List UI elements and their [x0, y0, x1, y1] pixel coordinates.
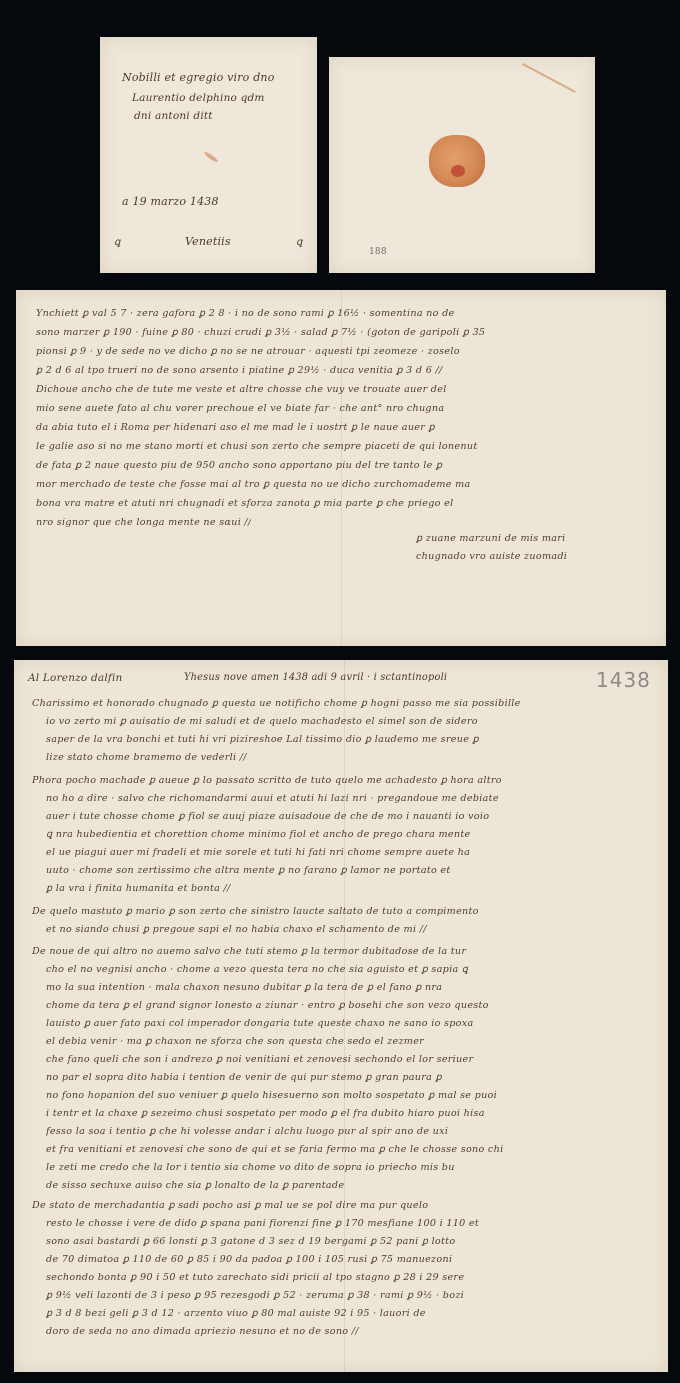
text-line: ꝑ 9½ veli lazonti de 3 i peso ꝑ 95 rezes…	[46, 1290, 656, 1301]
text-line: el ue piagui auer mi fradeli et mie sore…	[46, 847, 656, 858]
text-line: et fra venitiani et zenovesi che sono de…	[46, 1144, 656, 1155]
date-place-header: Yhesus nove amen 1438 adi 9 avril · i sc…	[184, 672, 447, 683]
text-line: De noue de qui altro no auemo salvo che …	[32, 946, 656, 957]
pencil-number: 188	[369, 247, 387, 257]
text-line: mor merchado de teste che fosse mai al t…	[36, 479, 648, 490]
pencil-year-annotation: 1438	[596, 668, 651, 692]
text-line: ꝑ 2 d 6 al tpo trueri no de sono arsento…	[36, 365, 648, 376]
text-line: de fata ꝑ 2 naue questo piu de 950 ancho…	[36, 460, 648, 471]
text-line: Charissimo et honorado chugnado ꝑ questa…	[32, 698, 656, 709]
wax-seal-icon	[429, 135, 485, 187]
corner-mark-right: ꝗ	[296, 237, 303, 248]
signature-line-1: ꝑ zuane marzuni de mis mari	[416, 533, 656, 544]
text-line: sono asai bastardi ꝑ 66 lonsti ꝑ 3 gaton…	[46, 1236, 656, 1247]
seal-center-mark	[451, 165, 465, 177]
text-line: ꝗ nra hubedientia et chorettion chome mi…	[46, 829, 656, 840]
text-line: el debia venir · ma ꝑ chaxon ne sforza c…	[46, 1036, 656, 1047]
text-line: De stato de merchadantia ꝑ sadi pocho as…	[32, 1200, 656, 1211]
text-line: chome da tera ꝑ el grand signor lonesto …	[46, 1000, 656, 1011]
seal-cover-page: 188	[329, 57, 595, 273]
ink-stain	[203, 151, 218, 163]
text-line: io vo zerto mi ꝑ auisatio de mi saludi e…	[46, 716, 656, 727]
address-line-3: dni antoni ditt	[134, 110, 213, 122]
text-line: mio sene auete fato al chu vorer prechou…	[36, 403, 648, 414]
address-cover-page: Nobilli et egregio viro dno Laurentio de…	[100, 37, 317, 273]
text-line: che fano queli che son i andrezo ꝑ noi v…	[46, 1054, 656, 1065]
text-line: De quelo mastuto ꝑ mario ꝑ son zerto che…	[32, 906, 656, 917]
text-line: le galie aso si no me stano morti et chu…	[36, 441, 648, 452]
letter-page-1: Ynchiett ꝑ val 5 7 · zera gafora ꝑ 2 8 ·…	[16, 290, 666, 646]
text-line: bona vra matre et atuti nri chugnadi et …	[36, 498, 648, 509]
corner-mark-left: ꝗ	[114, 237, 121, 248]
text-line: doro de seda no ano dimada apriezio nesu…	[46, 1326, 656, 1337]
recipient-header: Al Lorenzo dalfin	[28, 672, 123, 684]
text-line: pionsi ꝑ 9 · y de sede no ve dicho ꝑ no …	[36, 346, 648, 357]
text-line: fesso la soa i tentio ꝑ che hi volesse a…	[46, 1126, 656, 1137]
text-line: i tentr et la chaxe ꝑ sezeimo chusi sosp…	[46, 1108, 656, 1119]
text-line: lize stato chome bramemo de vederli //	[46, 752, 656, 763]
text-line: da abia tuto el i Roma per hidenari aso …	[36, 422, 648, 433]
text-line: et no siando chusi ꝑ pregoue sapi el no …	[46, 924, 656, 935]
text-line: saper de la vra bonchi et tuti hi vri pi…	[46, 734, 656, 745]
text-line: Phora pocho machade ꝑ aueue ꝑ lo passato…	[32, 775, 656, 786]
dispatch-date: a 19 marzo 1438	[122, 195, 219, 208]
address-line-1: Nobilli et egregio viro dno	[122, 71, 275, 84]
text-line: no par el sopra dito habia i tention de …	[46, 1072, 656, 1083]
text-line: uuto · chome son zertissimo che altra me…	[46, 865, 656, 876]
text-line: lauisto ꝑ auer fato paxi col imperador d…	[46, 1018, 656, 1029]
text-line: ꝑ 3 d 8 bezi geli ꝑ 3 d 12 · arzento viu…	[46, 1308, 656, 1319]
dispatch-city: Venetiis	[185, 235, 231, 248]
fold-crease	[344, 660, 345, 1372]
ink-splash	[522, 63, 576, 93]
text-line: sono marzer ꝑ 190 · fuine ꝑ 80 · chuzi c…	[36, 327, 648, 338]
text-line: de 70 dimatoa ꝑ 110 de 60 ꝑ 85 i 90 da p…	[46, 1254, 656, 1265]
text-line: le zeti me credo che la lor i tentio sia…	[46, 1162, 656, 1173]
text-line: sechondo bonta ꝑ 90 i 50 et tuto zarecha…	[46, 1272, 656, 1283]
address-line-2: Laurentio delphino qdm	[132, 92, 265, 104]
text-line: mo la sua intention · mala chaxon nesuno…	[46, 982, 656, 993]
text-line: Ynchiett ꝑ val 5 7 · zera gafora ꝑ 2 8 ·…	[36, 308, 648, 319]
text-line: no ho a dire · salvo che richomandarmi a…	[46, 793, 656, 804]
signature-line-2: chugnado vro auiste zuomadi	[416, 551, 656, 562]
text-line: cho el no vegnisi ancho · chome a vezo q…	[46, 964, 656, 975]
text-line: resto le chosse i vere de dido ꝑ spana p…	[46, 1218, 656, 1229]
text-line: nro signor que che longa mente ne sɑui /…	[36, 517, 251, 528]
letter-page-2: Al Lorenzo dalfin Yhesus nove amen 1438 …	[14, 660, 668, 1372]
text-line: ꝑ la vra i finita humanita et bonta //	[46, 883, 656, 894]
text-line: no fono hopanion del suo veniuer ꝑ quelo…	[46, 1090, 656, 1101]
text-line: de sisso sechuxe auiso che sia ꝑ lonalto…	[46, 1180, 656, 1191]
text-line: Dichoue ancho che de tute me veste et al…	[36, 384, 648, 395]
text-line: auer i tute chosse chome ꝑ fiol se auuj …	[46, 811, 656, 822]
